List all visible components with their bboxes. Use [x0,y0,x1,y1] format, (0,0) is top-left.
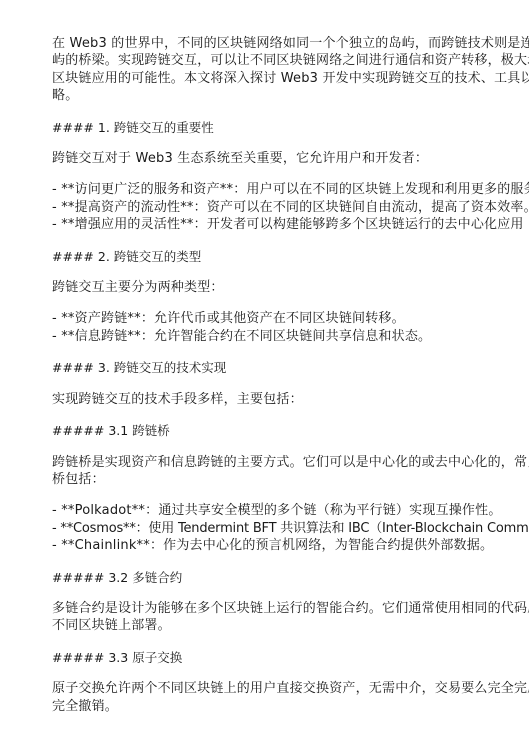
section-heading: #### 2. 跨链交互的类型 [52,248,482,265]
text-line: 多链合约是设计为能够在多个区块链上运行的智能合约。它们通常使用相同的代码库，但在 [52,600,482,617]
text-line: 原子交换允许两个不同区块链上的用户直接交换资产，无需中介，交易要么完全完成，要么 [52,680,482,697]
text-line: 略。 [52,87,482,104]
list-item: - **Chainlink**：作为去中心化的预言机网络，为智能合约提供外部数据… [52,537,482,554]
list-item: - **访问更广泛的服务和资产**：用户可以在不同的区块链上发现和利用更多的服务… [52,181,482,198]
paragraph: 跨链桥是实现资产和信息跨链的主要方式。它们可以是中心化的或去中心化的，常见的跨链… [52,454,482,489]
subsection-heading: ##### 3.2 多链合约 [52,569,482,586]
list-item: - **信息跨链**：允许智能合约在不同区块链间共享信息和状态。 [52,328,482,345]
paragraph: 跨链交互对于 Web3 生态系统至关重要，它允许用户和开发者： [52,150,482,167]
bullet-list: - **资产跨链**：允许代币或其他资产在不同区块链间转移。 - **信息跨链*… [52,310,482,345]
list-item: - **提高资产的流动性**：资产可以在不同的区块链间自由流动，提高了资本效率。 [52,199,482,216]
intro-paragraph: 在 Web3 的世界中，不同的区块链网络如同一个个独立的岛屿，而跨链技术则是连接… [52,35,482,105]
paragraph: 多链合约是设计为能够在多个区块链上运行的智能合约。它们通常使用相同的代码库，但在… [52,600,482,635]
text-line: 不同区块链上部署。 [52,617,482,634]
text-line: 区块链应用的可能性。本文将深入探讨 Web3 开发中实现跨链交互的技术、工具以及… [52,70,482,87]
section-heading: #### 1. 跨链交互的重要性 [52,119,482,136]
list-item: - **资产跨链**：允许代币或其他资产在不同区块链间转移。 [52,310,482,327]
subsection-heading: ##### 3.3 原子交换 [52,649,482,666]
list-item: - **Polkadot**：通过共享安全模型的多个链（称为平行链）实现互操作性… [52,502,482,519]
list-item: - **Cosmos**：使用 Tendermint BFT 共识算法和 IBC… [52,520,482,537]
paragraph: 原子交换允许两个不同区块链上的用户直接交换资产，无需中介，交易要么完全完成，要么… [52,680,482,715]
text-line: 在 Web3 的世界中，不同的区块链网络如同一个个独立的岛屿，而跨链技术则是连接… [52,35,482,52]
bullet-list: - **Polkadot**：通过共享安全模型的多个链（称为平行链）实现互操作性… [52,502,482,554]
subsection-heading: ##### 3.1 跨链桥 [52,422,482,439]
document-page: 在 Web3 的世界中，不同的区块链网络如同一个个独立的岛屿，而跨链技术则是连接… [52,35,482,715]
text-line: 跨链桥是实现资产和信息跨链的主要方式。它们可以是中心化的或去中心化的，常见的跨链 [52,454,482,471]
text-line: 桥包括： [52,471,482,488]
text-line: 完全撤销。 [52,698,482,715]
list-item: - **增强应用的灵活性**：开发者可以构建能够跨多个区块链运行的去中心化应用（… [52,216,482,233]
paragraph: 跨链交互主要分为两种类型： [52,279,482,296]
bullet-list: - **访问更广泛的服务和资产**：用户可以在不同的区块链上发现和利用更多的服务… [52,181,482,233]
paragraph: 实现跨链交互的技术手段多样，主要包括： [52,391,482,408]
section-heading: #### 3. 跨链交互的技术实现 [52,359,482,376]
text-line: 屿的桥梁。实现跨链交互，可以让不同区块链网络之间进行通信和资产转移，极大地扩展了 [52,52,482,69]
